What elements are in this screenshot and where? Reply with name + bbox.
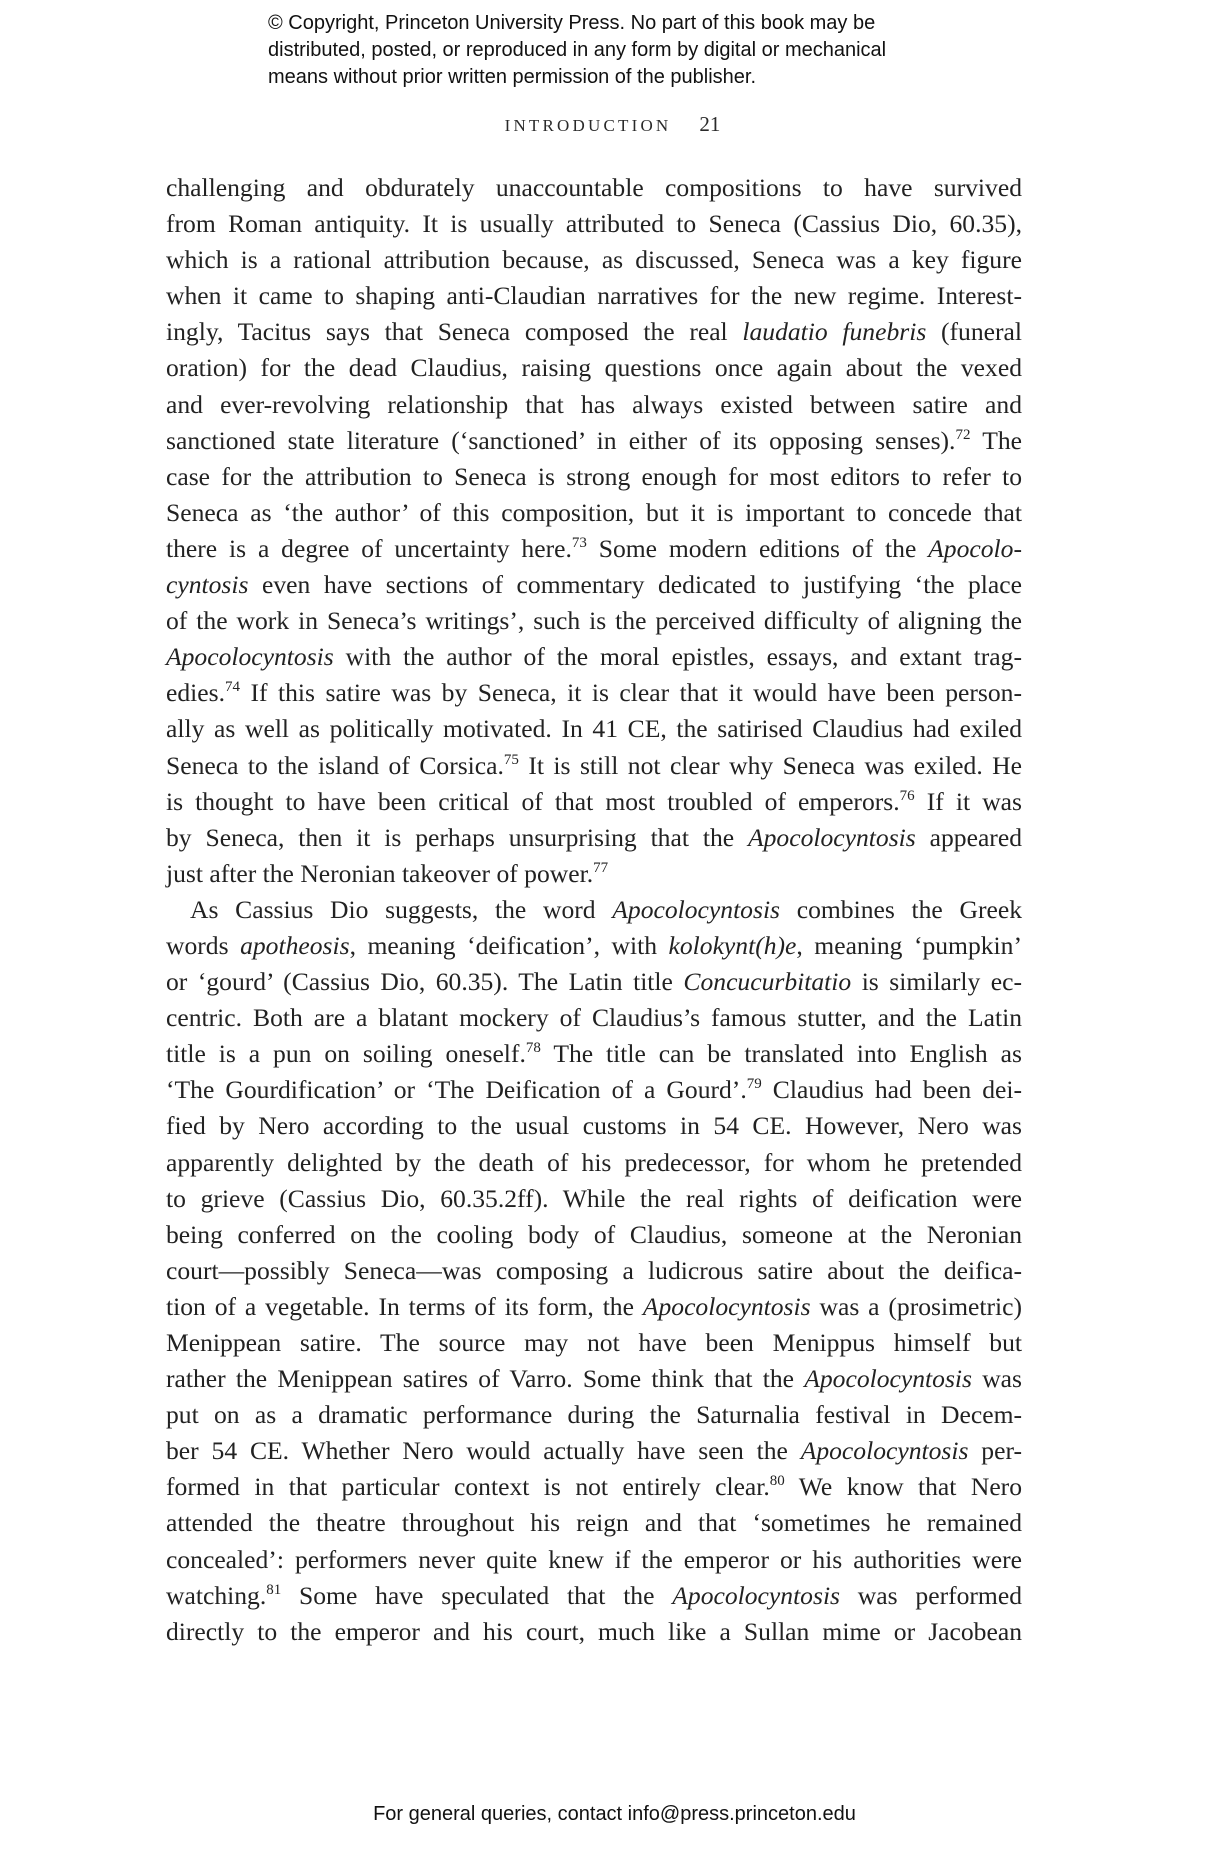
italic-term: Apocolo- <box>928 534 1022 563</box>
text-run: As Cassius Dio suggests, the word <box>190 895 612 924</box>
text-line: Apocolocyntosis with the author of the m… <box>166 639 1022 675</box>
text-line: ber 54 CE. Whether Nero would actually h… <box>166 1433 1022 1469</box>
text-run: edies. <box>166 678 225 707</box>
text-run: concealed’: performers never quite knew … <box>166 1545 1022 1574</box>
text-run: by Seneca, then it is perhaps unsurprisi… <box>166 823 748 852</box>
text-run: Seneca to the island of Corsica. <box>166 751 504 780</box>
text-line: sanctioned state literature (‘sanctioned… <box>166 423 1022 459</box>
text-run: there is a degree of uncertainty here. <box>166 534 572 563</box>
footnote-reference: 76 <box>900 788 915 804</box>
text-run: Menippean satire. The source may not hav… <box>166 1328 1022 1357</box>
text-run: It is still not clear why Seneca was exi… <box>519 751 1022 780</box>
text-line: of the work in Seneca’s writings’, such … <box>166 603 1022 639</box>
text-line: As Cassius Dio suggests, the word Apocol… <box>166 892 1022 928</box>
body-text: challenging and obdurately unaccountable… <box>166 170 1022 1650</box>
italic-term: Apocolocyntosis <box>804 1364 972 1393</box>
text-line: title is a pun on soiling oneself.78 The… <box>166 1036 1022 1072</box>
text-run: from Roman antiquity. It is usually attr… <box>166 209 1022 238</box>
text-line: is thought to have been critical of that… <box>166 784 1022 820</box>
text-run: If this satire was by Seneca, it is clea… <box>240 678 1022 707</box>
page-number: 21 <box>699 112 720 136</box>
text-line: just after the Neronian takeover of powe… <box>166 856 1022 892</box>
text-run: directly to the emperor and his court, m… <box>166 1617 1022 1646</box>
text-line: put on as a dramatic performance during … <box>166 1397 1022 1433</box>
text-run: when it came to shaping anti-Claudian na… <box>166 281 1022 310</box>
text-run: was performed <box>840 1581 1022 1610</box>
running-head: Introduction21 <box>0 112 1225 137</box>
text-line: to grieve (Cassius Dio, 60.35.2ff). Whil… <box>166 1181 1022 1217</box>
copyright-line: means without prior written permission o… <box>268 64 968 91</box>
text-run: Some have speculated that the <box>281 1581 672 1610</box>
text-run: being conferred on the cooling body of C… <box>166 1220 1022 1249</box>
text-run: was <box>972 1364 1022 1393</box>
italic-term: Apocolocyntosis <box>166 642 334 671</box>
text-run: If it was <box>915 787 1022 816</box>
italic-term: apotheosis <box>240 931 350 960</box>
text-run: appeared <box>916 823 1022 852</box>
text-run: We know that Nero <box>785 1472 1022 1501</box>
text-run: ingly, Tacitus says that Seneca composed… <box>166 317 742 346</box>
text-line: Seneca to the island of Corsica.75 It is… <box>166 748 1022 784</box>
footnote-reference: 77 <box>593 860 608 876</box>
text-run: sanctioned state literature (‘sanctioned… <box>166 426 955 455</box>
text-run: court—possibly Seneca—was composing a lu… <box>166 1256 1022 1285</box>
text-line: formed in that particular context is not… <box>166 1469 1022 1505</box>
text-run: ber 54 CE. Whether Nero would actually h… <box>166 1436 801 1465</box>
text-line: challenging and obdurately unaccountable… <box>166 170 1022 206</box>
text-run: challenging and obdurately unaccountable… <box>166 173 1022 202</box>
text-run: is similarly ec- <box>851 967 1022 996</box>
text-run: Claudius had been dei- <box>762 1075 1022 1104</box>
text-run: Seneca as ‘the author’ of this compositi… <box>166 498 1022 527</box>
footnote-reference: 72 <box>955 427 970 443</box>
text-run: Some modern editions of the <box>587 534 928 563</box>
copyright-notice: © Copyright, Princeton University Press.… <box>268 10 968 91</box>
italic-term: laudatio funebris <box>742 317 926 346</box>
text-run: formed in that particular context is not… <box>166 1472 770 1501</box>
text-line: there is a degree of uncertainty here.73… <box>166 531 1022 567</box>
text-line: tion of a vegetable. In terms of its for… <box>166 1289 1022 1325</box>
text-run: ally as well as politically motivated. I… <box>166 714 1022 743</box>
text-run: centric. Both are a blatant mockery of C… <box>166 1003 1022 1032</box>
italic-term: Apocolocyntosis <box>612 895 780 924</box>
text-line: words apotheosis, meaning ‘deification’,… <box>166 928 1022 964</box>
text-line: cyntosis even have sections of commentar… <box>166 567 1022 603</box>
text-line: watching.81 Some have speculated that th… <box>166 1578 1022 1614</box>
text-run: combines the Greek <box>780 895 1022 924</box>
footnote-reference: 79 <box>747 1076 762 1092</box>
text-run: to grieve (Cassius Dio, 60.35.2ff). Whil… <box>166 1184 1022 1213</box>
text-line: rather the Menippean satires of Varro. S… <box>166 1361 1022 1397</box>
footnote-reference: 81 <box>266 1582 281 1598</box>
text-line: Seneca as ‘the author’ of this compositi… <box>166 495 1022 531</box>
text-run: put on as a dramatic performance during … <box>166 1400 1022 1429</box>
footnote-reference: 78 <box>526 1040 541 1056</box>
text-run: (funeral <box>926 317 1022 346</box>
text-run: oration) for the dead Claudius, raising … <box>166 353 1022 382</box>
text-run: per- <box>968 1436 1022 1465</box>
text-run: case for the attribution to Seneca is st… <box>166 462 1022 491</box>
text-run: of the work in Seneca’s writings’, such … <box>166 606 1022 635</box>
text-run: title is a pun on soiling oneself. <box>166 1039 526 1068</box>
italic-term: cyntosis <box>166 570 248 599</box>
italic-term: kolokynt(h)e <box>669 931 797 960</box>
text-run: , meaning ‘deification’, with <box>350 931 669 960</box>
text-line: when it came to shaping anti-Claudian na… <box>166 278 1022 314</box>
text-run: just after the Neronian takeover of powe… <box>166 859 593 888</box>
text-run: or ‘gourd’ (Cassius Dio, 60.35). The Lat… <box>166 967 683 996</box>
italic-term: Concucurbitatio <box>683 967 851 996</box>
text-run: words <box>166 931 240 960</box>
footnote-reference: 73 <box>572 535 587 551</box>
text-line: and ever-revolving relationship that has… <box>166 387 1022 423</box>
text-run: fied by Nero according to the usual cust… <box>166 1111 1022 1140</box>
italic-term: Apocolocyntosis <box>748 823 916 852</box>
footnote-reference: 80 <box>770 1473 785 1489</box>
text-line: from Roman antiquity. It is usually attr… <box>166 206 1022 242</box>
copyright-line: distributed, posted, or reproduced in an… <box>268 37 968 64</box>
text-line: edies.74 If this satire was by Seneca, i… <box>166 675 1022 711</box>
text-line: ally as well as politically motivated. I… <box>166 711 1022 747</box>
footnote-reference: 74 <box>225 679 240 695</box>
footnote-reference: 75 <box>504 752 519 768</box>
text-line: ‘The Gourdification’ or ‘The Deification… <box>166 1072 1022 1108</box>
text-line: concealed’: performers never quite knew … <box>166 1542 1022 1578</box>
italic-term: Apocolocyntosis <box>643 1292 811 1321</box>
text-line: apparently delighted by the death of his… <box>166 1145 1022 1181</box>
text-line: Menippean satire. The source may not hav… <box>166 1325 1022 1361</box>
text-line: by Seneca, then it is perhaps unsurprisi… <box>166 820 1022 856</box>
text-line: fied by Nero according to the usual cust… <box>166 1108 1022 1144</box>
italic-term: Apocolocyntosis <box>672 1581 840 1610</box>
text-line: which is a rational attribution because,… <box>166 242 1022 278</box>
copyright-line: © Copyright, Princeton University Press.… <box>268 10 968 37</box>
text-run: is thought to have been critical of that… <box>166 787 900 816</box>
italic-term: Apocolocyntosis <box>801 1436 969 1465</box>
text-line: or ‘gourd’ (Cassius Dio, 60.35). The Lat… <box>166 964 1022 1000</box>
footer-contact: For general queries, contact info@press.… <box>0 1803 1225 1826</box>
text-line: case for the attribution to Seneca is st… <box>166 459 1022 495</box>
text-run: which is a rational attribution because,… <box>166 245 1022 274</box>
text-line: oration) for the dead Claudius, raising … <box>166 350 1022 386</box>
text-run: attended the theatre throughout his reig… <box>166 1508 1022 1537</box>
text-run: The <box>970 426 1022 455</box>
text-run: rather the Menippean satires of Varro. S… <box>166 1364 804 1393</box>
text-run: and ever-revolving relationship that has… <box>166 390 1022 419</box>
text-run: The title can be translated into English… <box>541 1039 1022 1068</box>
text-run: even have sections of commentary dedicat… <box>248 570 1022 599</box>
text-run: , meaning ‘pumpkin’ <box>796 931 1022 960</box>
text-line: centric. Both are a blatant mockery of C… <box>166 1000 1022 1036</box>
text-line: court—possibly Seneca—was composing a lu… <box>166 1253 1022 1289</box>
text-run: apparently delighted by the death of his… <box>166 1148 1022 1177</box>
section-title: Introduction <box>505 116 672 135</box>
text-line: being conferred on the cooling body of C… <box>166 1217 1022 1253</box>
text-run: ‘The Gourdification’ or ‘The Deification… <box>166 1075 747 1104</box>
text-run: was a (prosimetric) <box>811 1292 1022 1321</box>
text-line: directly to the emperor and his court, m… <box>166 1614 1022 1650</box>
text-line: attended the theatre throughout his reig… <box>166 1505 1022 1541</box>
text-run: watching. <box>166 1581 266 1610</box>
text-run: with the author of the moral epistles, e… <box>334 642 1022 671</box>
text-line: ingly, Tacitus says that Seneca composed… <box>166 314 1022 350</box>
text-run: tion of a vegetable. In terms of its for… <box>166 1292 643 1321</box>
